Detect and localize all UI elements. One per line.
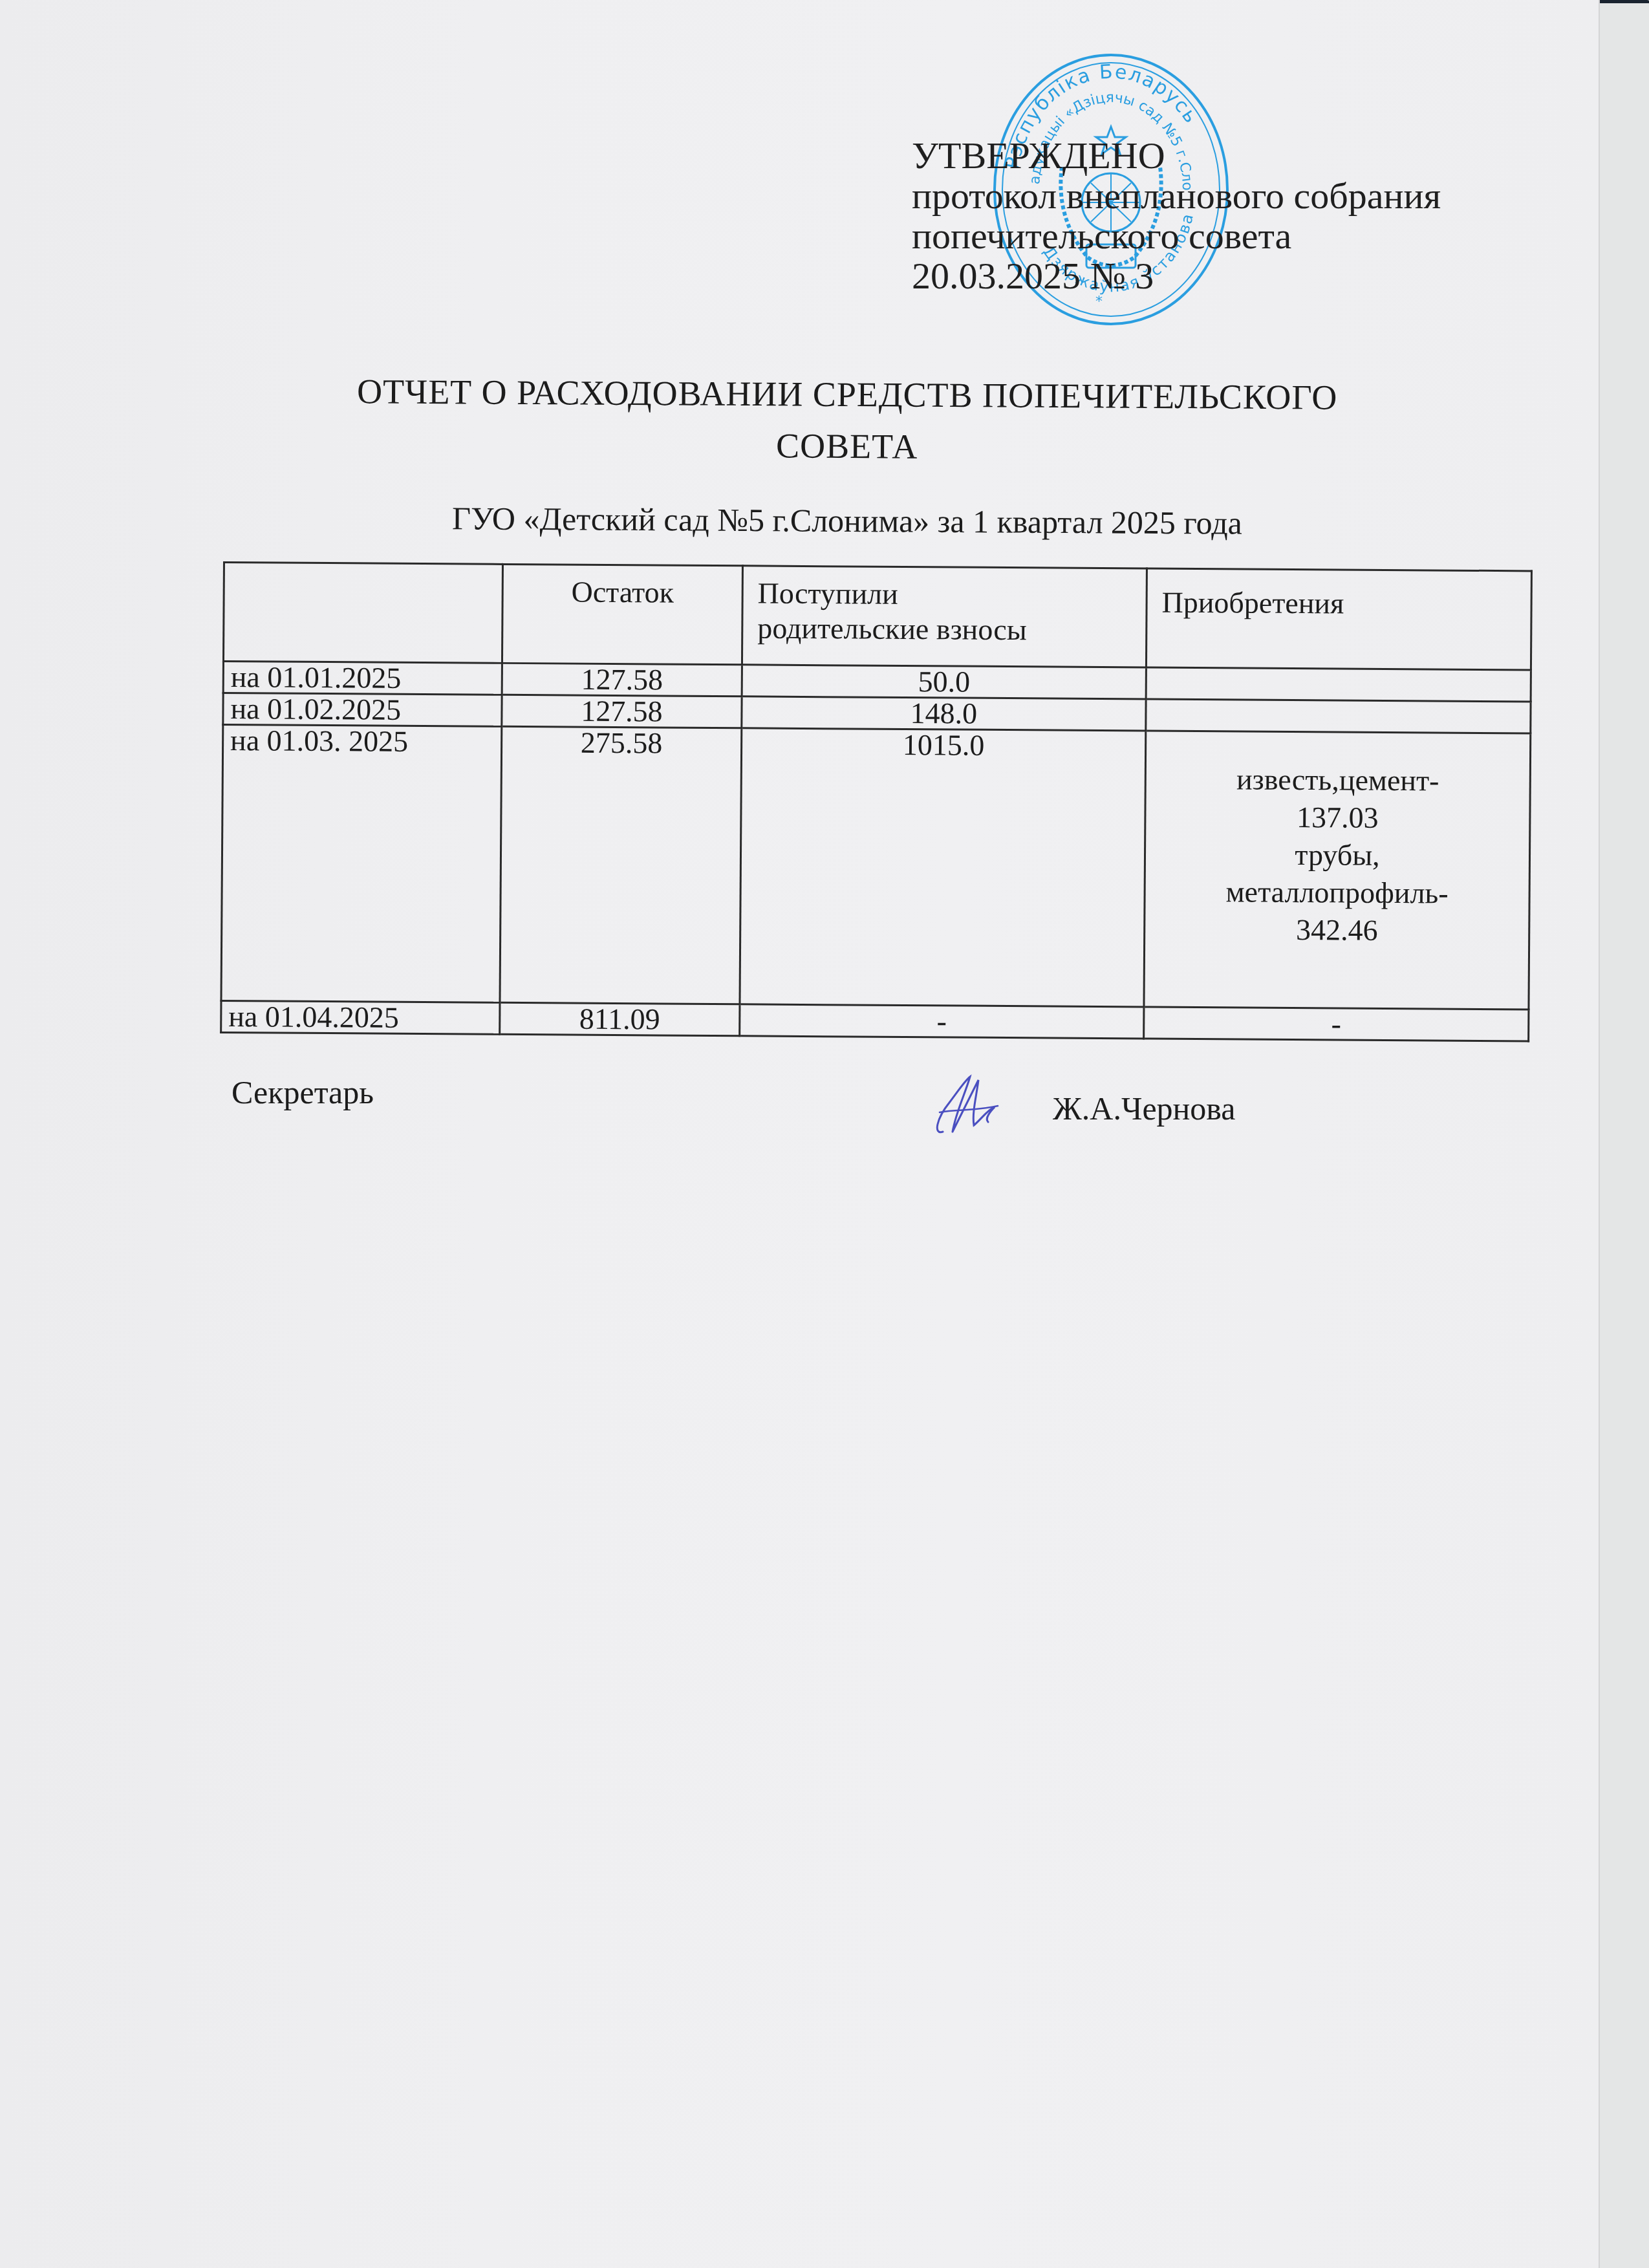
cell-date: на 01.03. 2025 <box>221 725 502 1003</box>
cell-income: - <box>740 1004 1144 1039</box>
report-title-line2: СОВЕТА <box>259 416 1436 475</box>
report-title: ОТЧЕТ О РАСХОДОВАНИИ СРЕДСТВ ПОПЕЧИТЕЛЬС… <box>259 365 1436 475</box>
header-income-line2: родительские взносы <box>757 610 1139 648</box>
cell-balance: 127.58 <box>502 695 742 728</box>
approval-date-number: 20.03.2025 № 3 <box>912 256 1441 296</box>
cell-income: 1015.0 <box>740 728 1146 1007</box>
cell-balance: 275.58 <box>500 726 742 1004</box>
cell-purchases: известь,цемент- 137.03 трубы, металлопро… <box>1144 731 1531 1010</box>
signer-role: Секретарь <box>232 1074 374 1111</box>
header-income: Поступили родительские взносы <box>742 566 1147 667</box>
header-date <box>223 563 502 664</box>
approval-council: попечительского совета <box>912 216 1441 256</box>
approval-protocol: протокол внепланового собрания <box>912 176 1441 216</box>
signer-name: Ж.А.Чернова <box>1053 1090 1236 1127</box>
expense-report-table: Остаток Поступили родительские взносы Пр… <box>220 561 1533 1042</box>
purchase-amount: 137.03 <box>1152 798 1522 838</box>
purchase-item: известь,цемент- <box>1153 761 1523 801</box>
purchase-amount: 342.46 <box>1152 911 1522 951</box>
purchase-item: металлопрофиль- <box>1152 873 1522 913</box>
cell-balance: 811.09 <box>500 1002 740 1035</box>
cell-date: на 01.02.2025 <box>223 693 502 727</box>
approval-heading: УТВЕРЖДЕНО <box>912 136 1441 176</box>
header-income-line1: Поступили <box>758 576 1139 613</box>
cell-balance: 127.58 <box>502 663 742 696</box>
signature-block: Секретарь Ж.А.Чернова <box>232 1074 1331 1151</box>
cell-income: 50.0 <box>742 665 1146 699</box>
handwritten-signature-icon <box>930 1074 1014 1138</box>
cell-purchases: - <box>1144 1007 1529 1041</box>
cell-date: на 01.01.2025 <box>223 662 502 695</box>
cell-income: 148.0 <box>742 697 1146 731</box>
table-row: на 01.04.2025 811.09 - - <box>221 1000 1529 1041</box>
scanner-edge <box>1599 0 1649 2268</box>
report-subtitle: ГУО «Детский сад №5 г.Слонима» за 1 квар… <box>259 497 1436 543</box>
header-purchases: Приобретения <box>1146 568 1531 670</box>
cell-purchases <box>1146 667 1531 702</box>
table-header-row: Остаток Поступили родительские взносы Пр… <box>223 563 1531 670</box>
cell-date: на 01.04.2025 <box>221 1000 500 1034</box>
purchase-item: трубы, <box>1152 836 1522 876</box>
table-row: на 01.03. 2025 275.58 1015.0 известь,цем… <box>221 725 1531 1010</box>
cell-purchases <box>1146 699 1531 733</box>
report-title-line1: ОТЧЕТ О РАСХОДОВАНИИ СРЕДСТВ ПОПЕЧИТЕЛЬС… <box>259 365 1436 424</box>
approval-block: УТВЕРЖДЕНО протокол внепланового собрани… <box>912 136 1441 296</box>
document-page: Рэспубліка Беларусь адукацыі «Дзіцячы са… <box>0 0 1599 2268</box>
header-balance: Остаток <box>502 564 742 664</box>
